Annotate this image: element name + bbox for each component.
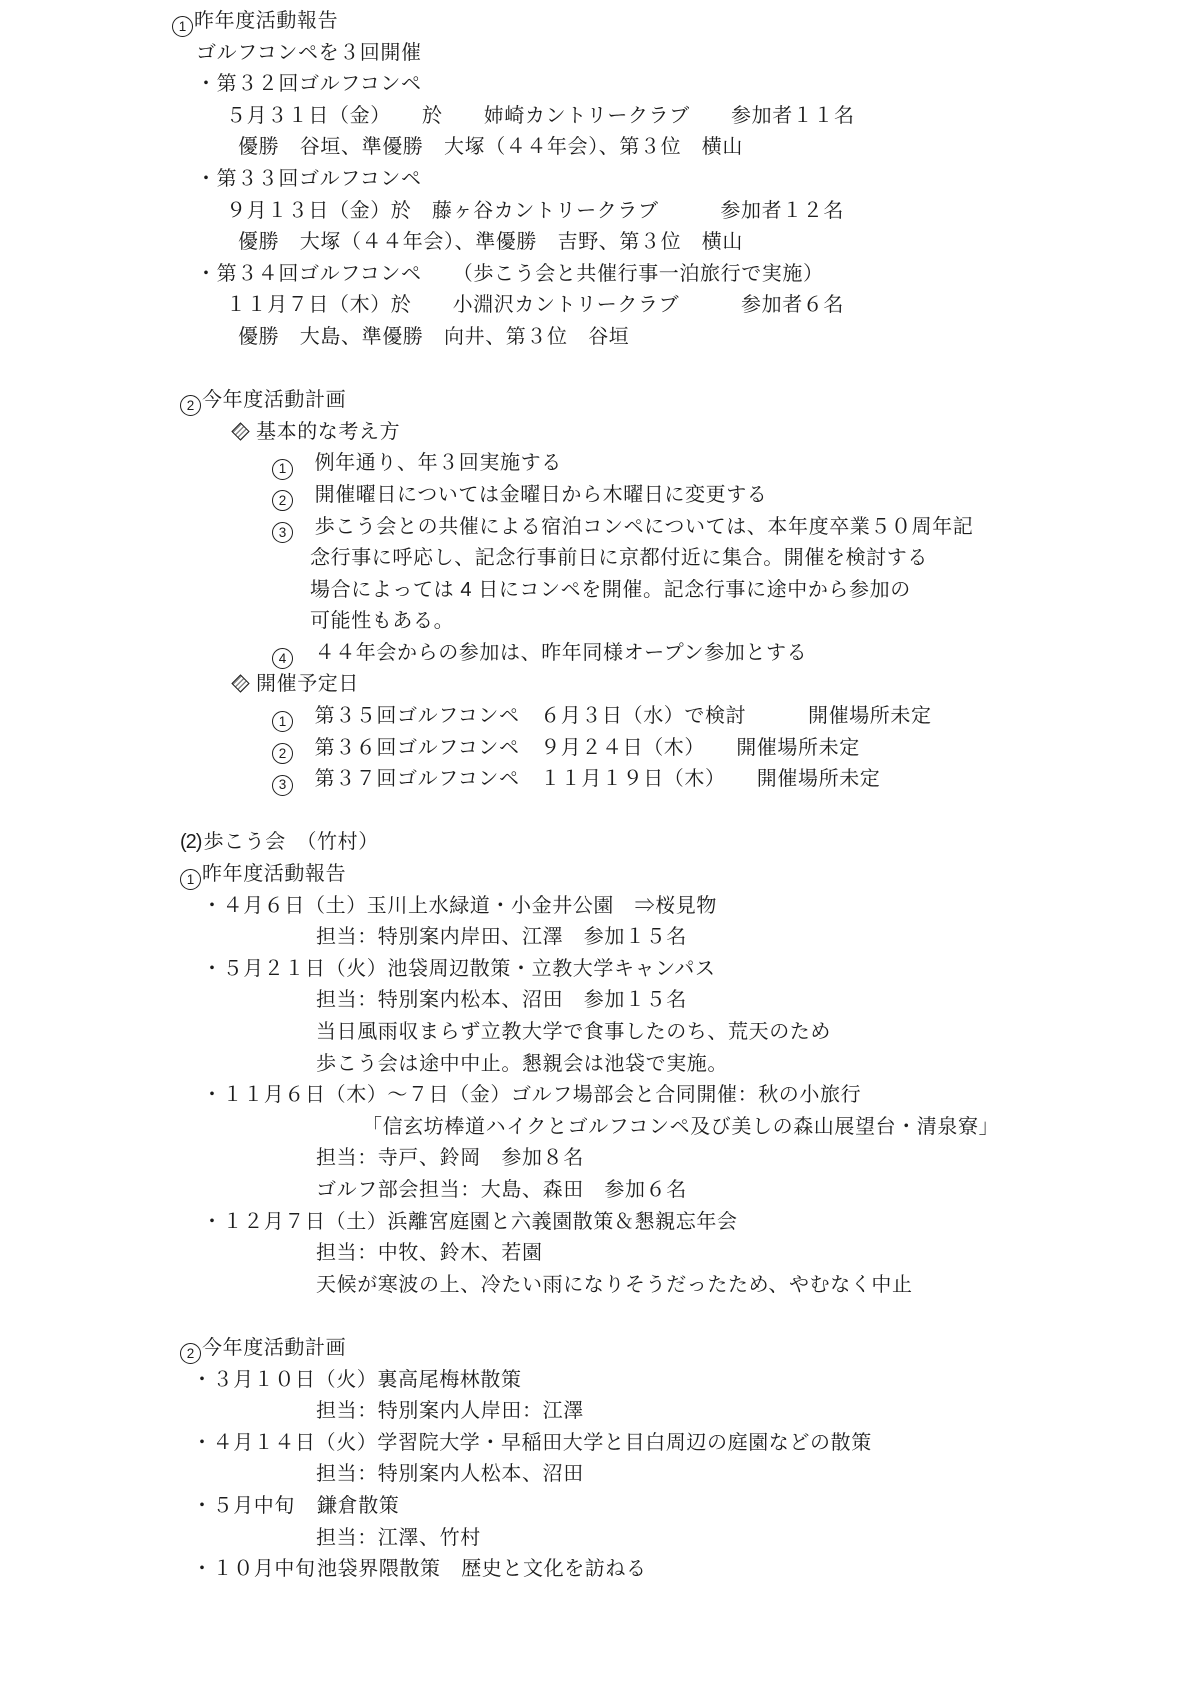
doc-line: 3 第３７回ゴルフコンペ １１月１９日（木） 開催場所未定 [272, 764, 1200, 796]
doc-line: 1昨年度活動報告 [172, 6, 1200, 38]
doc-line: ・１０月中旬池袋界隈散策 歴史と文化を訪ねる [192, 1554, 1200, 1586]
document-page: 1昨年度活動報告ゴルフコンペを３回開催・第３２回ゴルフコンペ５月３１日（金） 於… [0, 0, 1200, 1698]
circled-number-icon: 3 [272, 775, 293, 796]
doc-line: ・３月１０日（火）裏高尾梅林散策 [192, 1365, 1200, 1397]
line-lead-column: ・１０月中旬 [192, 1554, 317, 1586]
doc-line: 念行事に呼応し、記念行事前日に京都付近に集合。開催を検討する [310, 543, 1200, 575]
doc-line: ・第３４回ゴルフコンペ （歩こう会と共催行事一泊旅行で実施） [196, 259, 1200, 291]
circled-number-icon: 2 [180, 1343, 201, 1364]
doc-line: ・５月２１日（火）池袋周辺散策・立教大学キャンパス [202, 954, 1200, 986]
doc-line: 担当：江澤、竹村 [316, 1523, 1200, 1555]
golf-club-last-year-report: 1昨年度活動報告ゴルフコンペを３回開催・第３２回ゴルフコンペ５月３１日（金） 於… [172, 6, 1200, 385]
doc-line: 場合によっては 4 日にコンペを開催。記念行事に途中から参加の [310, 575, 1200, 607]
doc-line: 担当：特別案内岸田、江澤 参加１５名 [316, 922, 1200, 954]
doc-line: ゴルフ部会担当：大島、森田 参加６名 [316, 1175, 1200, 1207]
circled-number-icon: 1 [272, 459, 293, 480]
doc-line: 「信玄坊棒道ハイクとゴルフコンペ及び美しの森山展望台・清泉寮」 [362, 1112, 1200, 1144]
doc-line: 歩こう会は途中中止。懇親会は池袋で実施。 [316, 1049, 1200, 1081]
doc-line: ９月１３日（金）於 藤ヶ谷カントリークラブ 参加者１２名 [226, 196, 1200, 228]
doc-line: 優勝 大島、準優勝 向井、第３位 谷垣 [238, 322, 1200, 354]
doc-line: (2)歩こう会 （竹村） [180, 827, 1200, 859]
doc-line: 担当：特別案内松本、沼田 参加１５名 [316, 985, 1200, 1017]
circled-number-icon: 3 [272, 522, 293, 543]
walking-club-last-year-report: (2)歩こう会 （竹村）1昨年度活動報告・４月６日（土）玉川上水緑道・小金井公園… [172, 827, 1200, 1333]
circled-number-icon: 1 [180, 869, 201, 890]
circled-number-icon: 1 [272, 711, 293, 732]
doc-line: 優勝 谷垣、準優勝 大塚（４４年会）、第３位 横山 [238, 132, 1200, 164]
doc-line: 基本的な考え方 [230, 417, 1200, 449]
circled-number-icon: 1 [172, 16, 193, 37]
doc-line: 1 第３５回ゴルフコンペ ６月３日（水）で検討 開催場所未定 [272, 701, 1200, 733]
doc-line: ・４月６日（土）玉川上水緑道・小金井公園 ⇒桜見物 [202, 891, 1200, 923]
parenthesized-number: (2) [180, 831, 201, 853]
doc-line: １１月７日（木）於 小淵沢カントリークラブ 参加者６名 [226, 290, 1200, 322]
doc-line: ・５月中旬鎌倉散策 [192, 1491, 1200, 1523]
doc-line: 担当：中牧、鈴木、若園 [316, 1238, 1200, 1270]
doc-line: 2 第３６回ゴルフコンペ ９月２４日（木） 開催場所未定 [272, 733, 1200, 765]
section-gap [172, 796, 1200, 828]
golf-club-this-year-plan: 2今年度活動計画基本的な考え方1 例年通り、年３回実施する2 開催曜日については… [172, 385, 1200, 827]
doc-line: ・１２月７日（土）浜離宮庭園と六義園散策＆懇親忘年会 [202, 1207, 1200, 1239]
hatched-diamond-icon [231, 675, 249, 693]
circled-number-icon: 2 [272, 743, 293, 764]
doc-line: ・１１月６日（木）～７日（金）ゴルフ場部会と合同開催：秋の小旅行 [202, 1080, 1200, 1112]
doc-line: ５月３１日（金） 於 姉崎カントリークラブ 参加者１１名 [226, 101, 1200, 133]
doc-line: 3 歩こう会との共催による宿泊コンペについては、本年度卒業５０周年記 [272, 512, 1200, 544]
doc-line: ・第３３回ゴルフコンペ [196, 164, 1200, 196]
doc-line: 担当：特別案内人松本、沼田 [316, 1459, 1200, 1491]
doc-line: 担当：特別案内人岸田：江澤 [316, 1396, 1200, 1428]
doc-line: 2今年度活動計画 [180, 1333, 1200, 1365]
doc-line: ・第３２回ゴルフコンペ [196, 69, 1200, 101]
doc-line: 1 例年通り、年３回実施する [272, 448, 1200, 480]
doc-line: 当日風雨収まらず立教大学で食事したのち、荒天のため [316, 1017, 1200, 1049]
section-gap [172, 354, 1200, 386]
section-gap [172, 1301, 1200, 1333]
doc-line: 天候が寒波の上、冷たい雨になりそうだったため、やむなく中止 [316, 1270, 1200, 1302]
walking-club-this-year-plan: 2今年度活動計画・３月１０日（火）裏高尾梅林散策担当：特別案内人岸田：江澤・４月… [172, 1333, 1200, 1586]
doc-line: 2今年度活動計画 [180, 385, 1200, 417]
line-lead-column: ・５月中旬 [192, 1491, 317, 1523]
doc-line: ・４月１４日（火）学習院大学・早稲田大学と目白周辺の庭園などの散策 [192, 1428, 1200, 1460]
doc-line: 開催予定日 [230, 669, 1200, 701]
doc-line: ゴルフコンペを３回開催 [196, 38, 1200, 70]
circled-number-icon: 2 [180, 395, 201, 416]
doc-line: 優勝 大塚（４４年会）、準優勝 吉野、第３位 横山 [238, 227, 1200, 259]
doc-line: 4 ４４年会からの参加は、昨年同様オープン参加とする [272, 638, 1200, 670]
doc-line: 1昨年度活動報告 [180, 859, 1200, 891]
doc-line: 2 開催曜日については金曜日から木曜日に変更する [272, 480, 1200, 512]
hatched-diamond-icon [231, 422, 249, 440]
doc-line: 担当：寺戸、鈴岡 参加８名 [316, 1143, 1200, 1175]
circled-number-icon: 2 [272, 490, 293, 511]
circled-number-icon: 4 [272, 648, 293, 669]
doc-line: 可能性もある。 [310, 606, 1200, 638]
document-content: 1昨年度活動報告ゴルフコンペを３回開催・第３２回ゴルフコンペ５月３１日（金） 於… [0, 0, 1200, 1586]
